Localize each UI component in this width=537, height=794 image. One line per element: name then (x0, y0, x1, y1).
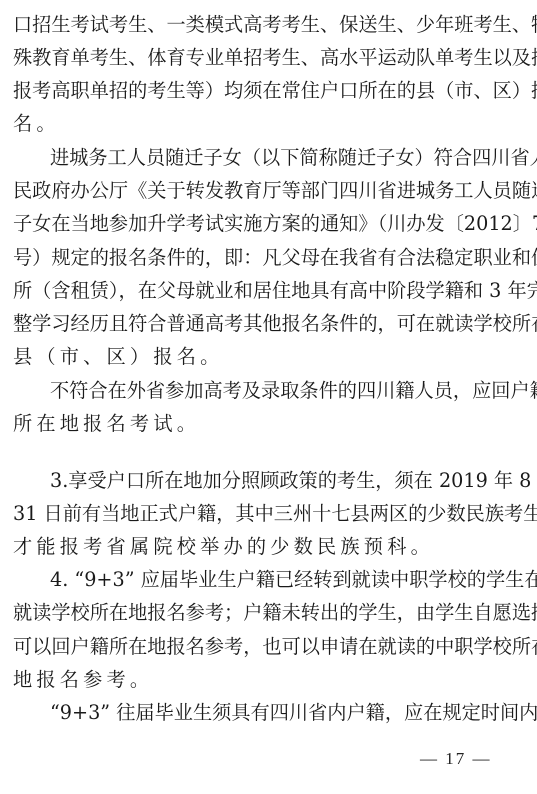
text-line-10: 整学习经历且符合普通高考其他报名条件的，可在就读学校所在 (13, 312, 503, 336)
paragraph-migrant-children-start: 进城务工人员随迁子女（以下简称随迁子女）符合四川省人 (50, 146, 503, 170)
text-line-3: 报考高职单招的考生等）均须在常住户口所在的县（市、区）报 (13, 79, 503, 103)
text-line-20: 地报名参考。 (13, 668, 153, 692)
paragraph-item-4-start: 4. “9+3” 应届毕业生户籍已经转到就读中职学校的学生在 (50, 568, 503, 592)
paragraph-item-3-start: 3.享受户口所在地加分照顾政策的考生，须在 2019 年 8 月 (50, 469, 503, 493)
text-line-1: 口招生考试考生、一类模式高考考生、保送生、少年班考生、特 (13, 13, 503, 37)
text-line-15: 31 日前有当地正式户籍，其中三州十七县两区的少数民族考生 (13, 502, 503, 526)
paragraph-sichuan-residents-start: 不符合在外省参加高考及录取条件的四川籍人员，应回户籍 (50, 379, 503, 403)
text-line-9: 所（含租赁），在父母就业和居住地具有高中阶段学籍和 3 年完 (13, 279, 503, 303)
text-line-6: 民政府办公厅《关于转发教育厅等部门四川省进城务工人员随迁 (13, 179, 503, 203)
document-page: 口招生考试考生、一类模式高考考生、保送生、少年班考生、特 殊教育单考生、体育专业… (0, 0, 537, 794)
paragraph-9plus3-prior-grads-start: “9+3” 往届毕业生须具有四川省内户籍，应在规定时间内 (50, 701, 503, 725)
text-line-7: 子女在当地参加升学考试实施方案的通知》（川办发〔2012〕77 (13, 212, 503, 236)
text-line-4: 名。 (13, 112, 60, 136)
text-line-8: 号）规定的报名条件的，即：凡父母在我省有合法稳定职业和住 (13, 246, 503, 270)
text-line-13: 所在地报名考试。 (13, 412, 200, 436)
text-line-16: 才能报考省属院校举办的少数民族预科。 (13, 535, 434, 559)
text-line-11: 县（市、区）报名。 (13, 345, 224, 369)
page-number: — 17 — (420, 748, 492, 770)
text-line-2: 殊教育单考生、体育专业单招考生、高水平运动队单考生以及拟 (13, 46, 503, 70)
text-line-18: 就读学校所在地报名参考；户籍未转出的学生，由学生自愿选择， (13, 601, 503, 625)
text-line-19: 可以回户籍所在地报名参考，也可以申请在就读的中职学校所在 (13, 635, 503, 659)
